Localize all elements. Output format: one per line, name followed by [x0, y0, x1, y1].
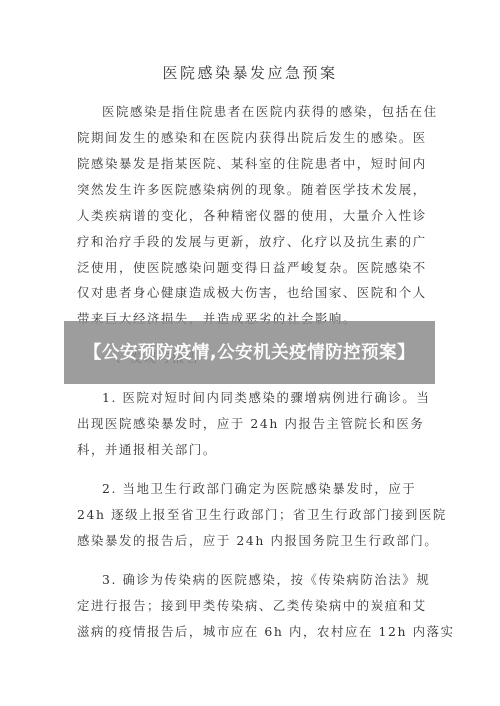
item-2-line: 24h 逐级上报至省卫生行政部门；省卫生行政部门接到医院: [77, 507, 437, 523]
item-3-line: 定进行报告；接到甲类传染病、乙类传染病中的炭疽和艾: [77, 598, 437, 614]
intro-line: 疗和治疗手段的发展与更新，放疗、化疗以及抗生素的广: [77, 234, 437, 250]
item-2-line: 感染暴发的报告后，应于 24h 内报国务院卫生行政部门。: [77, 533, 437, 549]
item-3-line: 3. 确诊为传染病的医院感染，按《传染病防治法》规: [102, 572, 462, 588]
document-title: 医院感染暴发应急预案: [0, 62, 500, 83]
item-1-line: 1. 医院对短时间内同类感染的骤增病例进行确诊。当: [102, 390, 462, 406]
intro-line: 仅对患者身心健康造成极大伤害，也给国家、医院和个人: [77, 285, 437, 301]
intro-line: 院期间发生的感染和在医院内获得出院后发生的感染。医: [77, 130, 437, 146]
item-2-line: 2. 当地卫生行政部门确定为医院感染暴发时，应于: [102, 481, 462, 497]
document-page: 医院感染暴发应急预案 医院感染是指住院患者在医院内获得的感染，包括在住 院期间发…: [0, 0, 500, 706]
item-1-line: 出现医院感染暴发时，应于 24h 内报告主管院长和医务: [77, 416, 437, 432]
caption-overlay-text: 【公安预防疫情,公安机关疫情防控预案】: [70, 341, 430, 365]
intro-line: 人类疾病谱的变化，各种精密仪器的使用，大量介入性诊: [77, 208, 437, 224]
item-3-line: 滋病的疫情报告后，城市应在 6h 内，农村应在 12h 内落实: [77, 624, 437, 640]
intro-line: 院感染暴发是指某医院、某科室的住院患者中，短时间内: [77, 156, 437, 172]
intro-line: 泛使用，使医院感染问题变得日益严峻复杂。医院感染不: [77, 260, 437, 276]
item-1-line: 科，并通报相关部门。: [77, 442, 437, 458]
intro-line: 医院感染是指住院患者在医院内获得的感染，包括在住: [102, 104, 462, 120]
intro-line: 突然发生许多医院感染病例的现象。随着医学技术发展，: [77, 182, 437, 198]
caption-overlay-banner: 【公安预防疫情,公安机关疫情防控预案】: [64, 321, 435, 384]
